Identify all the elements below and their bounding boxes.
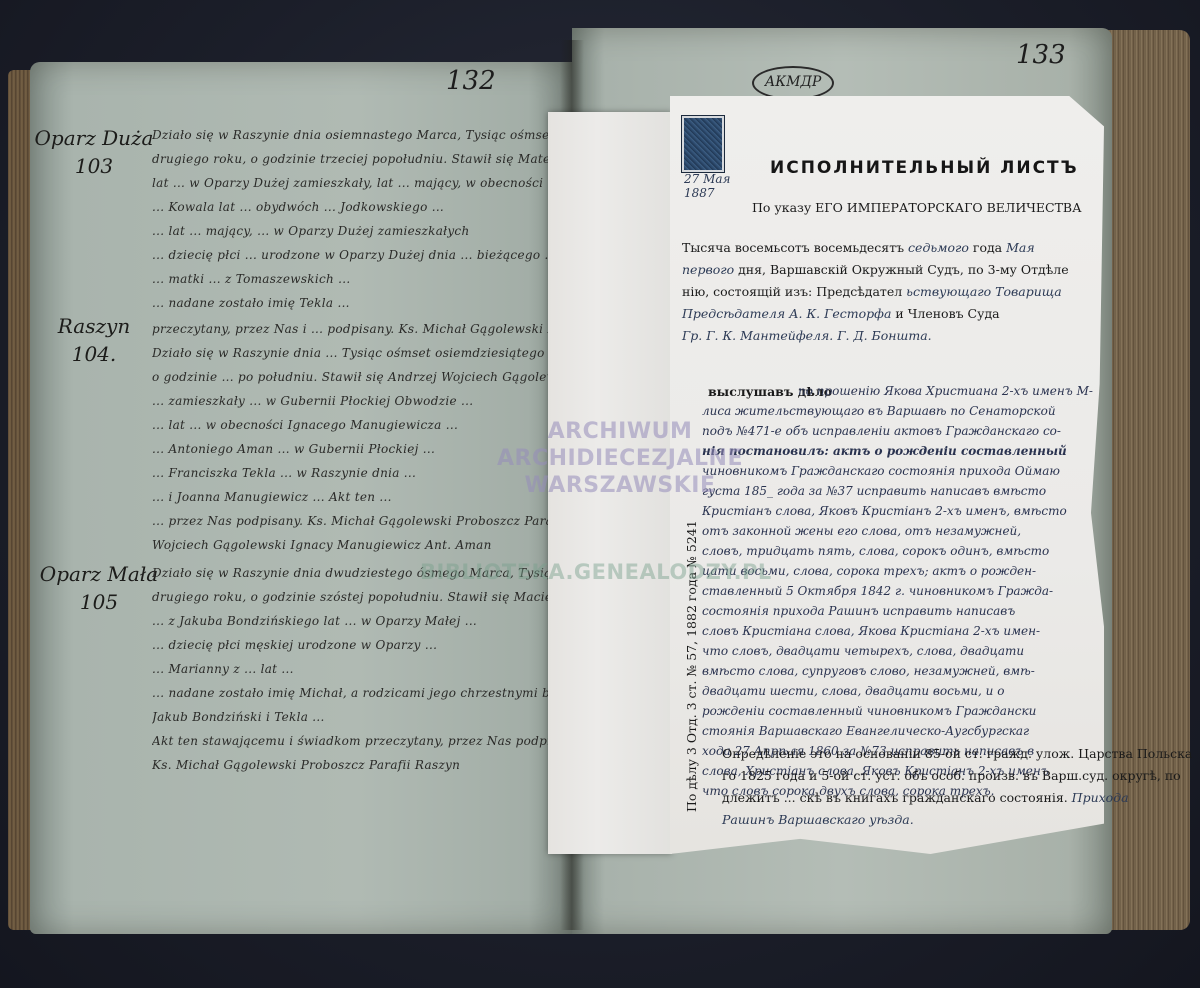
handwritten-line: по прошенію Якова Христиана 2-хъ именъ М…: [702, 384, 1094, 404]
handwritten-line: drugiego roku, o godzinie trzeciej popoł…: [152, 152, 550, 172]
handwritten-line: o godzinie ... po południu. Stawił się A…: [152, 370, 550, 390]
document-line-court: первого дня, Варшавскій Окружный Судъ, п…: [682, 262, 1069, 277]
handwritten-line: Działo się w Raszynie dnia ... Tysiąc oś…: [152, 346, 550, 366]
entry-103-text: Działo się w Raszynie dnia osiemnastego …: [152, 128, 550, 320]
handwritten-text: Предсѣдателя А. К. Гесторфа: [682, 306, 891, 321]
left-page-number: 132: [446, 66, 496, 96]
printed-text: и Членовъ Суда: [895, 306, 999, 321]
handwritten-text: Прихода: [1072, 790, 1129, 805]
margin-note-number: 103: [34, 152, 154, 180]
handwritten-line: ... dziecię płci męskiej urodzone w Opar…: [152, 638, 550, 658]
stamp-cancellation-date: 27 Мая 1887: [684, 172, 744, 200]
handwritten-line: Jakub Bondziński i Tekla ...: [152, 710, 550, 730]
handwritten-line: Akt ten stawającemu i świadkom przeczyta…: [152, 734, 550, 754]
revenue-stamp-icon: [682, 116, 724, 172]
document-footer-line1: Опредѣленіе это на основаніи 85-ой ст. г…: [722, 746, 1192, 761]
handwritten-line: Кристіанъ слова, Яковъ Кристіанъ 2-хъ им…: [702, 504, 1094, 524]
handwritten-line: состоянія прихода Рашинъ исправить напис…: [702, 604, 1094, 624]
margin-note-place: Raszyn: [34, 312, 154, 340]
watermark-line: WARSZAWSKIE: [470, 472, 770, 499]
handwritten-line: ... Marianny z ... lat ...: [152, 662, 550, 682]
document-line-members: Гр. Г. К. Мантейфеля. Г. Д. Бонштa.: [682, 328, 932, 343]
document-title: ИСПОЛНИТЕЛЬНЫЙ ЛИСТЪ: [770, 158, 1079, 178]
document-footer-line3: длежитъ ... скѣ въ книгахъ гражданскаго …: [722, 790, 1129, 805]
handwritten-line: отъ законной жены его слова, отъ незамуж…: [702, 524, 1094, 544]
handwritten-line: словъ Кристіана слова, Якова Кристіана 2…: [702, 624, 1094, 644]
document-footer-line2: го 1825 года и 5-ой ст. уст. объ особ. п…: [722, 768, 1181, 783]
handwritten-line: przeczytany, przez Nas i ... podpisany. …: [152, 322, 550, 342]
handwritten-line: Wojciech Gągolewski Ignacy Manugiewicz A…: [152, 538, 550, 558]
margin-note-number: 105: [34, 588, 164, 616]
margin-note-number: 104.: [34, 340, 154, 368]
printed-text: длежитъ ... скѣ въ книгахъ гражданскаго …: [722, 790, 1068, 805]
margin-note-place: Oparz Mała: [34, 560, 164, 588]
document-line-composition: нію, состоящій изъ: Предсѣдател ьствующа…: [682, 284, 1062, 299]
document-line-decree: По указу ЕГО ИМПЕРАТОРСКАГО ВЕЛИЧЕСТВА: [752, 200, 1082, 215]
handwritten-line: ... z Jakuba Bondzińskiego lat ... w Opa…: [152, 614, 550, 634]
handwritten-line: lat ... w Oparzy Dużej zamieszkały, lat …: [152, 176, 550, 196]
archive-watermark: ARCHIWUM ARCHIDIECEZJALNE WARSZAWSKIE: [470, 418, 770, 499]
printed-text: дня, Варшавскій Окружный Судъ, по 3-му О…: [738, 262, 1069, 277]
entry-105-text: Działo się w Raszynie dnia dwudziestego …: [152, 566, 550, 782]
handwritten-line: что словъ, двадцати четырехъ, слова, два…: [702, 644, 1094, 664]
margin-note-entry-105: Oparz Mała 105: [34, 560, 164, 616]
handwritten-line: Ks. Michał Gągolewski Proboszcz Parafii …: [152, 758, 550, 778]
margin-note-entry-103: Oparz Duża 103: [34, 124, 154, 180]
handwritten-line: ... Kowala lat ... obydwóch ... Jodkowsk…: [152, 200, 550, 220]
printed-text: года: [973, 240, 1002, 255]
handwritten-line: ... przez Nas podpisany. Ks. Michał Gągo…: [152, 514, 550, 534]
handwritten-line: ... matki ... z Tomaszewskich ...: [152, 272, 550, 292]
handwritten-line: стоянія Варшавскаго Евангелическо-Аугсбу…: [702, 724, 1094, 744]
handwritten-line: ... lat ... mający, ... w Oparzy Dużej z…: [152, 224, 550, 244]
handwritten-text: первого: [682, 262, 734, 277]
margin-note-entry-104: Raszyn 104.: [34, 312, 154, 368]
handwritten-line: drugiego roku, o godzinie szóstej popołu…: [152, 590, 550, 610]
document-line-date: Тысяча восемьсотъ восемьдесятъ седьмого …: [682, 240, 1035, 255]
watermark-line: ARCHIDIECEZJALNE: [470, 445, 770, 472]
library-stamp-oval: АКМДР: [752, 66, 834, 100]
watermark-url: BIBLIOTEKA.GENEALODZY.PL: [420, 560, 772, 584]
printed-text: Тысяча восемьсотъ восемьдесятъ: [682, 240, 904, 255]
document-line-chairman: Предсѣдателя А. К. Гесторфа и Членовъ Су…: [682, 306, 1000, 321]
handwritten-line: ... zamieszkały ... w Gubernii Płockiej …: [152, 394, 550, 414]
handwritten-text: ьствующаго Товарища: [906, 284, 1062, 299]
handwritten-line: вмѣсто слова, супруговъ слово, незамужне…: [702, 664, 1094, 684]
handwritten-line: рожденіи составленный чиновникомъ Гражда…: [702, 704, 1094, 724]
handwritten-line: ставленный 5 Октября 1842 г. чиновникомъ…: [702, 584, 1094, 604]
right-page-number: 133: [1016, 40, 1066, 70]
handwritten-line: Działo się w Raszynie dnia osiemnastego …: [152, 128, 550, 148]
handwritten-text: Мая: [1006, 240, 1035, 255]
handwritten-text: седьмого: [908, 240, 969, 255]
printed-text: нію, состоящій изъ: Предсѣдател: [682, 284, 902, 299]
handwritten-line: двадцати шести, слова, двадцати восьми, …: [702, 684, 1094, 704]
handwritten-line: ... nadane zostało imię Michał, a rodzic…: [152, 686, 550, 706]
watermark-line: ARCHIWUM: [470, 418, 770, 445]
handwritten-line: ... dziecię płci ... urodzone w Oparzy D…: [152, 248, 550, 268]
margin-note-place: Oparz Duża: [34, 124, 154, 152]
document-footer-line4: Рашинъ Варшавскаго уѣзда.: [722, 812, 914, 827]
handwritten-line: ... nadane zostało imię Tekla ...: [152, 296, 550, 316]
